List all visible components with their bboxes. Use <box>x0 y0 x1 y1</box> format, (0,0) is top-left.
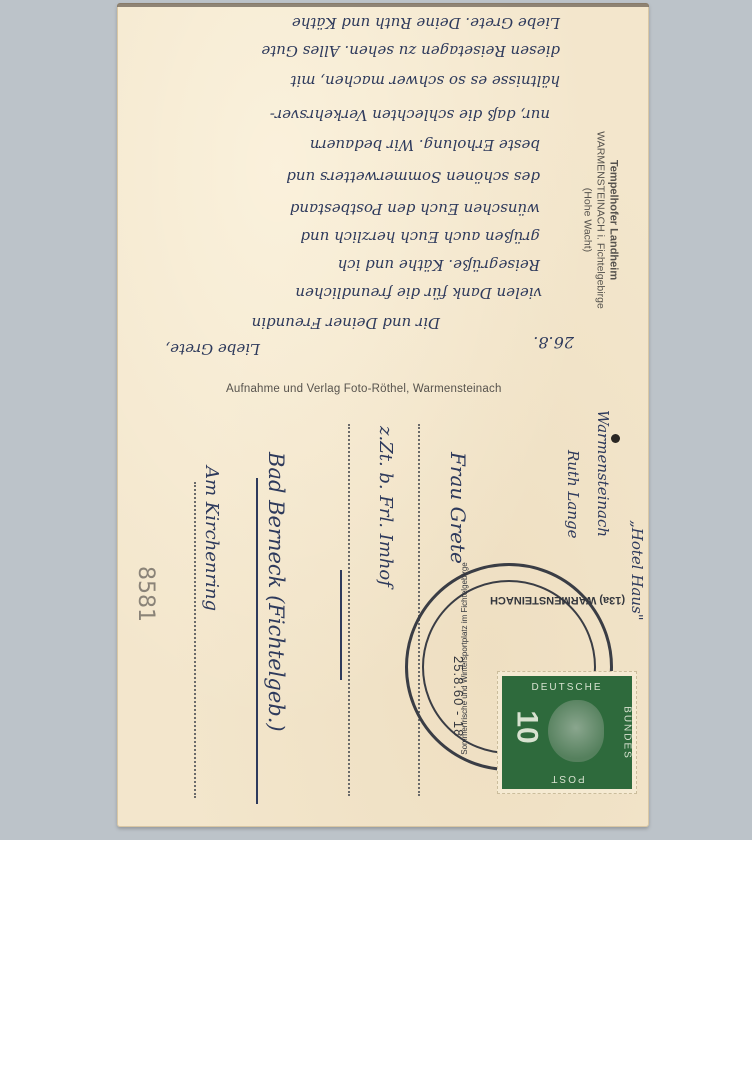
stamp-value: 10 <box>510 710 544 743</box>
message-line: Liebe Grete. Deine Ruth und Käthe <box>292 10 560 36</box>
header-title: Tempelhofer Landheim <box>607 131 620 309</box>
message-line: grüßen auch Euch herzlich und <box>300 224 540 250</box>
sender-name: Ruth Lange <box>564 450 582 538</box>
address-street: Am Kirchenring <box>201 466 222 611</box>
message-line: diesen Reisetagen zu sehen. Alles Gute <box>261 38 560 64</box>
handwritten-message: Liebe Grete, Dir und Deiner Freundin vie… <box>140 4 560 364</box>
message-line: Liebe Grete, <box>165 336 260 362</box>
message-date: 26.8. <box>533 333 574 352</box>
postmark-date: 25.8.60 - 18 <box>451 656 466 737</box>
stamp-country-bottom: POST <box>502 773 632 784</box>
publisher-credit: Aufnahme und Verlag Foto-Röthel, Warmens… <box>226 383 502 395</box>
message-line: nur, daß die schlechten Verkehrsver- <box>270 102 550 128</box>
underline <box>256 478 258 804</box>
address-line-2 <box>348 424 350 796</box>
address-city: Bad Berneck (Fichtelgeb.) <box>264 452 288 732</box>
message-line: beste Erholung. Wir bedauern <box>310 132 540 158</box>
header-subtitle: (Hohe Wacht) <box>581 131 594 309</box>
header-location: WARMENSTEINACH i. Fichtelgebirge <box>594 131 607 309</box>
pencil-catalogue-number: 8581 <box>133 566 158 622</box>
stamp-face: DEUTSCHE BUNDES POST 10 <box>502 676 632 789</box>
message-line: vielen Dank für die freundlichen <box>295 280 542 306</box>
stamp-portrait <box>548 700 604 762</box>
address-recipient: Frau Grete <box>446 452 470 564</box>
postmark-town: (13a) WARMENSTEINACH <box>490 594 625 606</box>
message-line: Dir und Deiner Freundin <box>252 310 440 336</box>
punch-hole <box>611 434 620 443</box>
message-line: hältnisse es so schwer machen, mit <box>290 68 560 94</box>
message-line: Reisegrüße. Käthe und ich <box>338 252 540 278</box>
postage-stamp: DEUTSCHE BUNDES POST 10 <box>497 671 637 794</box>
address-line-3 <box>194 482 196 798</box>
sender-town: Warmensteinach <box>594 410 612 537</box>
message-line: wünschen Euch den Postbestand <box>290 196 540 222</box>
printed-header: Tempelhofer Landheim WARMENSTEINACH i. F… <box>560 100 640 340</box>
address-care-of: z.Zt. b. Frl. Imhof <box>375 426 396 587</box>
stamp-country-right: BUNDES <box>622 706 633 760</box>
sender-hotel: „Hotel Haus" <box>628 520 646 621</box>
address-line-1 <box>418 424 420 796</box>
message-line: des schönen Sommerwetters und <box>286 164 540 190</box>
underline <box>340 570 342 680</box>
stamp-country-top: DEUTSCHE <box>502 682 632 693</box>
